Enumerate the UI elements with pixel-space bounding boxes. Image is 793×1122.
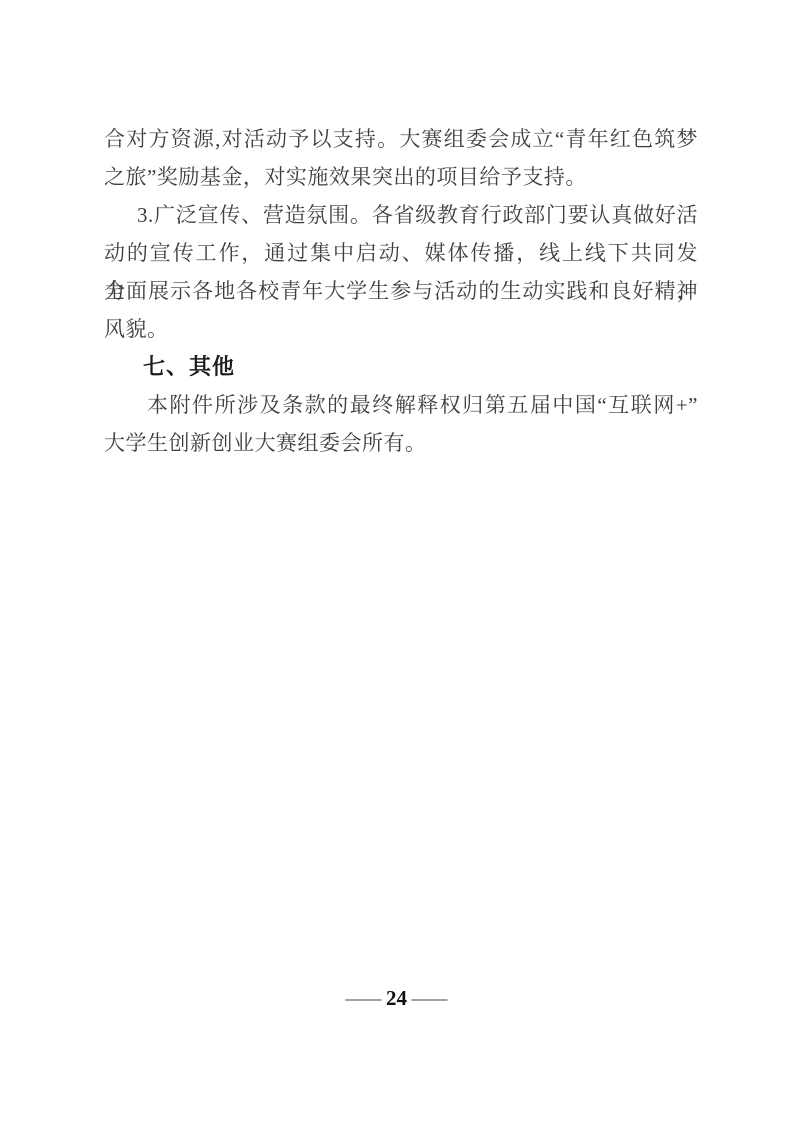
text-line: 大学生创新创业大赛组委会所有。 [104, 424, 698, 462]
document-page: 合对方资源,对活动予以支持。大赛组委会成立“青年红色筑梦 之旅”奖励基金，对实施… [0, 0, 793, 1122]
text-line: 之旅”奖励基金，对实施效果突出的项目给予支持。 [104, 158, 698, 196]
document-body: 合对方资源,对活动予以支持。大赛组委会成立“青年红色筑梦 之旅”奖励基金，对实施… [104, 120, 698, 462]
page-number: 24 [386, 986, 407, 1010]
footer-dash-left: — [346, 986, 382, 1010]
page-footer: —24— [0, 986, 793, 1010]
section-heading: 七、其他 [104, 348, 698, 386]
text-line: 本附件所涉及条款的最终解释权归第五届中国“互联网+” [104, 386, 698, 424]
text-line: 3.广泛宣传、营造氛围。各省级教育行政部门要认真做好活 [104, 196, 698, 234]
text-line: 合对方资源,对活动予以支持。大赛组委会成立“青年红色筑梦 [104, 120, 698, 158]
text-line: 风貌。 [104, 310, 698, 348]
footer-dash-right: — [412, 986, 448, 1010]
text-line: 动的宣传工作，通过集中启动、媒体传播，线上线下共同发力， [104, 234, 698, 272]
text-line: 全面展示各地各校青年大学生参与活动的生动实践和良好精神 [104, 272, 698, 310]
